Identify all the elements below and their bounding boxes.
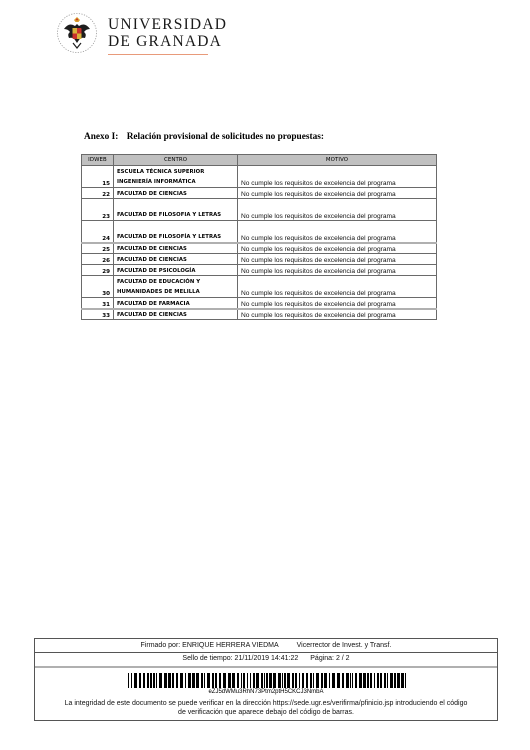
table-row: 30 FACULTAD DE EDUCACIÓN YHUMANIDADES DE… — [82, 276, 437, 298]
cell-motivo: No cumple los requisitos de excelencia d… — [238, 276, 437, 298]
cell-motivo: No cumple los requisitos de excelencia d… — [238, 243, 437, 254]
centro-line1: ESCUELA TÉCNICA SUPERIOR — [117, 167, 235, 177]
cell-motivo: No cumple los requisitos de excelencia d… — [238, 265, 437, 276]
cell-motivo: No cumple los requisitos de excelencia d… — [238, 221, 437, 243]
verification-code: eZJ5dWMu3RhN73Ptm2ptH5CKCJ3NmbA — [35, 689, 497, 695]
cell-idweb: 22 — [82, 188, 114, 199]
university-coat-of-arms-icon — [56, 12, 98, 54]
cell-centro: FACULTAD DE FILOSOFIA Y LETRAS — [114, 199, 238, 221]
cell-centro: FACULTAD DE CIENCIAS — [114, 243, 238, 254]
header-divider — [108, 54, 208, 55]
cell-idweb: 25 — [82, 243, 114, 254]
cell-idweb: 30 — [82, 276, 114, 298]
signer-role: Vicerrector de Invest. y Transf. — [297, 642, 392, 649]
university-name: UNIVERSIDAD DE GRANADA — [108, 17, 227, 50]
cell-motivo: No cumple los requisitos de excelencia d… — [238, 166, 437, 188]
cell-centro: ESCUELA TÉCNICA SUPERIORINGENIERÍA INFOR… — [114, 166, 238, 188]
cell-centro: FACULTAD DE FILOSOFÍA Y LETRAS — [114, 221, 238, 243]
cell-idweb: 29 — [82, 265, 114, 276]
signature-line: Firmado por: ENRIQUE HERRERA VIEDMAVicer… — [35, 642, 497, 649]
signature-box: Firmado por: ENRIQUE HERRERA VIEDMAVicer… — [34, 638, 498, 721]
centro-line2: HUMANIDADES DE MELILLA — [117, 287, 235, 297]
university-name-line1: UNIVERSIDAD — [108, 17, 227, 33]
barcode-icon — [128, 673, 406, 688]
annex-title: Anexo I: Relación provisional de solicit… — [84, 132, 324, 142]
cell-idweb: 33 — [82, 309, 114, 320]
cell-centro: FACULTAD DE CIENCIAS — [114, 254, 238, 265]
table-row: 31 FACULTAD DE FARMACIA No cumple los re… — [82, 298, 437, 309]
timestamp: Sello de tiempo: 21/11/2019 14:41:22 — [182, 655, 298, 662]
table-row: 33 FACULTAD DE CIENCIAS No cumple los re… — [82, 309, 437, 320]
signature-divider — [35, 652, 497, 653]
column-header-centro: CENTRO — [114, 155, 238, 166]
verification-notice-line2: de verificación que aparece debajo del c… — [35, 708, 497, 717]
timestamp-line: Sello de tiempo: 21/11/2019 14:41:22Pági… — [35, 655, 497, 662]
annex-heading: Relación provisional de solicitudes no p… — [127, 132, 324, 142]
centro-line1: FACULTAD DE EDUCACIÓN Y — [117, 277, 235, 287]
annex-label: Anexo I: — [84, 132, 118, 142]
cell-centro: FACULTAD DE PSICOLOGÍA — [114, 265, 238, 276]
table-row: 23 FACULTAD DE FILOSOFIA Y LETRAS No cum… — [82, 199, 437, 221]
cell-centro: FACULTAD DE FARMACIA — [114, 298, 238, 309]
page-number: Página: 2 / 2 — [310, 655, 349, 662]
cell-motivo: No cumple los requisitos de excelencia d… — [238, 309, 437, 320]
cell-motivo: No cumple los requisitos de excelencia d… — [238, 199, 437, 221]
cell-motivo: No cumple los requisitos de excelencia d… — [238, 298, 437, 309]
verification-notice: La integridad de este documento se puede… — [35, 699, 497, 717]
column-header-motivo: MOTIVO — [238, 155, 437, 166]
applications-table: IDWEB CENTRO MOTIVO 15 ESCUELA TÉCNICA S… — [81, 154, 437, 320]
signed-by: Firmado por: ENRIQUE HERRERA VIEDMA — [141, 642, 279, 649]
centro-line2: INGENIERÍA INFORMÁTICA — [117, 177, 235, 187]
cell-centro: FACULTAD DE CIENCIAS — [114, 309, 238, 320]
university-name-line2: DE GRANADA — [108, 33, 227, 50]
verification-notice-line1: La integridad de este documento se puede… — [35, 699, 497, 708]
cell-idweb: 31 — [82, 298, 114, 309]
table-row: 26 FACULTAD DE CIENCIAS No cumple los re… — [82, 254, 437, 265]
cell-centro: FACULTAD DE EDUCACIÓN YHUMANIDADES DE ME… — [114, 276, 238, 298]
table-row: 24 FACULTAD DE FILOSOFÍA Y LETRAS No cum… — [82, 221, 437, 243]
table-row: 25 FACULTAD DE CIENCIAS No cumple los re… — [82, 243, 437, 254]
cell-motivo: No cumple los requisitos de excelencia d… — [238, 254, 437, 265]
table-row: 29 FACULTAD DE PSICOLOGÍA No cumple los … — [82, 265, 437, 276]
cell-idweb: 23 — [82, 199, 114, 221]
table-row: 15 ESCUELA TÉCNICA SUPERIORINGENIERÍA IN… — [82, 166, 437, 188]
cell-idweb: 24 — [82, 221, 114, 243]
cell-idweb: 26 — [82, 254, 114, 265]
table-row: 22 FACULTAD DE CIENCIAS No cumple los re… — [82, 188, 437, 199]
barcode-divider — [35, 666, 497, 668]
cell-motivo: No cumple los requisitos de excelencia d… — [238, 188, 437, 199]
column-header-idweb: IDWEB — [82, 155, 114, 166]
table-header-row: IDWEB CENTRO MOTIVO — [82, 155, 437, 166]
cell-centro: FACULTAD DE CIENCIAS — [114, 188, 238, 199]
cell-idweb: 15 — [82, 166, 114, 188]
